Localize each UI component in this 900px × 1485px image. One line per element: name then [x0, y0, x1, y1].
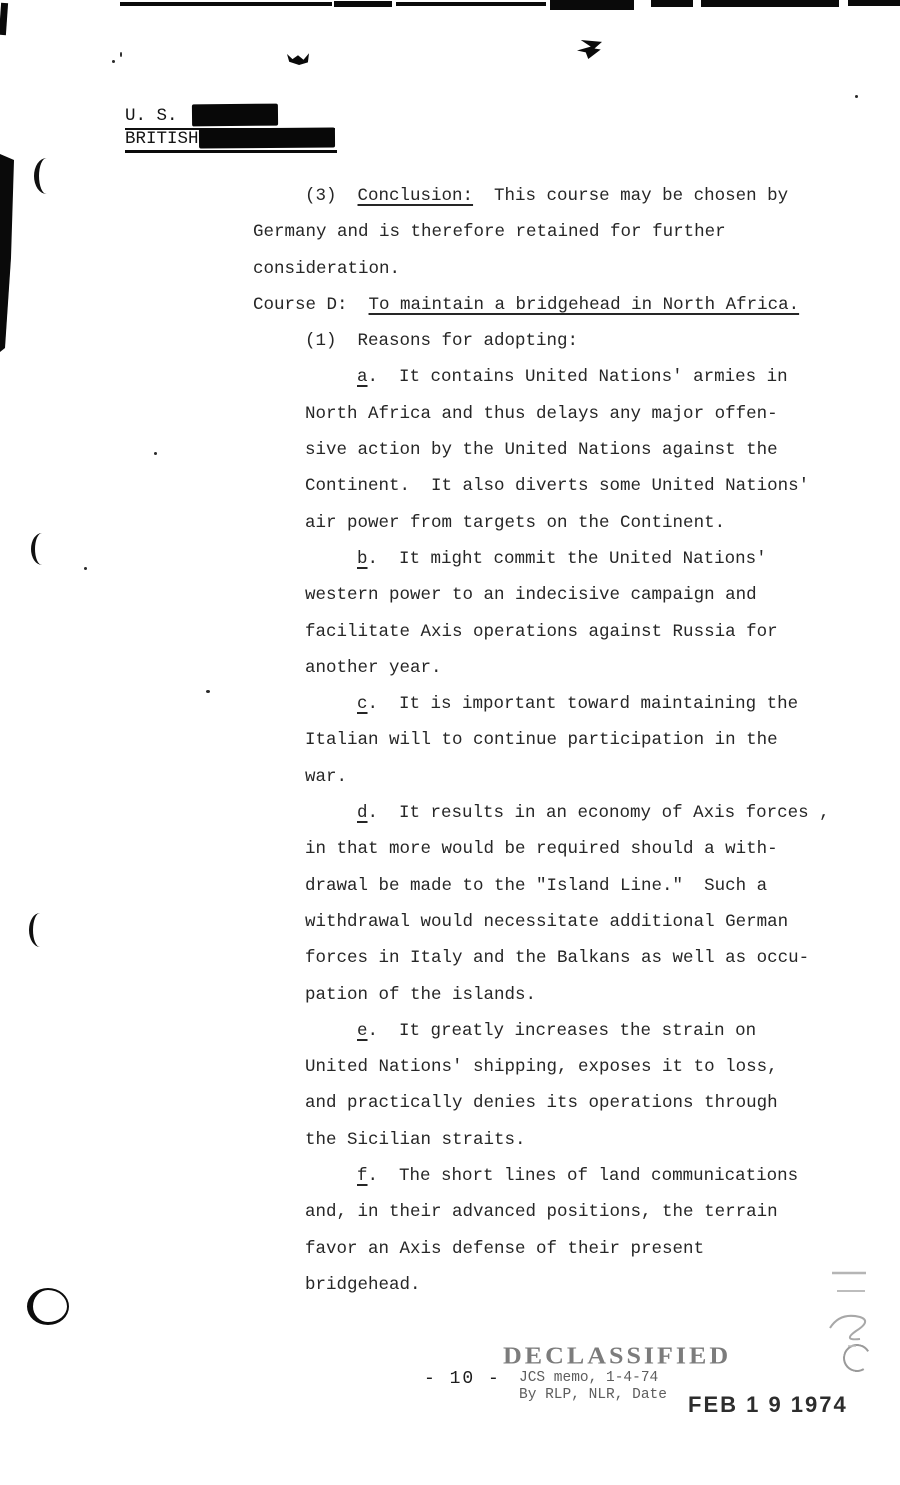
line-text: in that more would be required should a … [305, 839, 778, 859]
underlined-text: f [357, 1166, 368, 1186]
document-line: another year. [305, 650, 900, 686]
line-text: consideration. [253, 259, 400, 279]
line-text: war. [305, 767, 347, 787]
underlined-text: To maintain a bridgehead in North Africa… [369, 295, 800, 315]
document-line: a. It contains United Nations' armies in [357, 359, 900, 395]
document-line: air power from targets on the Continent. [305, 505, 900, 541]
document-line: sive action by the United Nations agains… [305, 432, 900, 468]
line-text: (3) [305, 186, 358, 206]
scan-speck [112, 60, 115, 63]
redaction-block [192, 104, 278, 127]
line-text: Course D: [253, 295, 369, 315]
document-line: Course D: To maintain a bridgehead in No… [253, 287, 900, 323]
underlined-text: d [357, 803, 368, 823]
stamp-memo-line: JCS memo, 1-4-74 [519, 1370, 731, 1387]
line-text: . It might commit the United Nations' [368, 549, 767, 569]
document-line: f. The short lines of land communication… [357, 1158, 900, 1194]
line-text: and practically denies its operations th… [305, 1093, 778, 1113]
document-line: western power to an indecisive campaign … [305, 577, 900, 613]
underlined-text: a [357, 367, 368, 387]
line-text: (1) Reasons for adopting: [305, 331, 578, 351]
scan-artifact-blob [287, 52, 309, 65]
line-text: Italian will to continue participation i… [305, 730, 778, 750]
scan-artifact-top-edge [120, 2, 332, 6]
document-line: and, in their advanced positions, the te… [305, 1194, 900, 1230]
scan-artifact-blob [577, 40, 602, 59]
classification-british-label: BRITISH [125, 129, 199, 149]
underlined-text: b [357, 549, 368, 569]
document-line: United Nations' shipping, exposes it to … [305, 1049, 900, 1085]
line-text: . It greatly increases the strain on [368, 1021, 757, 1041]
line-text: air power from targets on the Continent. [305, 513, 725, 533]
document-body: (3) Conclusion: This course may be chose… [0, 178, 900, 1303]
line-text: favor an Axis defense of their present [305, 1239, 704, 1259]
document-line: facilitate Axis operations against Russi… [305, 614, 900, 650]
scan-speck [120, 52, 122, 57]
document-line: drawal be made to the "Island Line." Suc… [305, 868, 900, 904]
document-line: pation of the islands. [305, 977, 900, 1013]
document-line: and practically denies its operations th… [305, 1085, 900, 1121]
document-line: favor an Axis defense of their present [305, 1231, 900, 1267]
document-line: bridgehead. [305, 1267, 900, 1303]
underlined-text: Conclusion: [358, 186, 474, 206]
line-text: . It contains United Nations' armies in [368, 367, 788, 387]
document-line: (1) Reasons for adopting: [305, 323, 900, 359]
document-line: c. It is important toward maintaining th… [357, 686, 900, 722]
line-text: pation of the islands. [305, 985, 536, 1005]
document-line: withdrawal would necessitate additional … [305, 904, 900, 940]
stamp-date: FEB 1 9 1974 [688, 1392, 828, 1418]
document-line: consideration. [253, 251, 900, 287]
scan-speck [855, 95, 858, 98]
classification-us-label: U. S. [125, 106, 178, 126]
scan-artifact-top-edge [550, 0, 634, 10]
line-text: bridgehead. [305, 1275, 421, 1295]
line-text: western power to an indecisive campaign … [305, 585, 757, 605]
line-text: . It results in an economy of Axis force… [368, 803, 830, 823]
line-text: . It is important toward maintaining the [368, 694, 799, 714]
line-text: United Nations' shipping, exposes it to … [305, 1057, 778, 1077]
document-line: e. It greatly increases the strain on [357, 1013, 900, 1049]
line-text: and, in their advanced positions, the te… [305, 1202, 778, 1222]
declassification-stamp: DECLASSIFIED JCS memo, 1-4-74 By RLP, NL… [503, 1342, 731, 1404]
document-line: d. It results in an economy of Axis forc… [357, 795, 900, 831]
line-text: Germany and is therefore retained for fu… [253, 222, 726, 242]
line-text: the Sicilian straits. [305, 1130, 526, 1150]
redaction-block [199, 128, 335, 149]
line-text: This course may be chosen by [473, 186, 788, 206]
document-line: the Sicilian straits. [305, 1122, 900, 1158]
line-text: forces in Italy and the Balkans as well … [305, 948, 809, 968]
line-text: another year. [305, 658, 442, 678]
document-line: Italian will to continue participation i… [305, 722, 900, 758]
line-text: withdrawal would necessitate additional … [305, 912, 788, 932]
line-text: North Africa and thus delays any major o… [305, 404, 778, 424]
document-line: b. It might commit the United Nations' [357, 541, 900, 577]
scan-artifact-top-edge [334, 1, 392, 7]
scan-artifact-top-edge [701, 0, 839, 7]
document-line: war. [305, 759, 900, 795]
line-text: drawal be made to the "Island Line." Suc… [305, 876, 767, 896]
stamp-declassified-text: DECLASSIFIED [503, 1343, 731, 1370]
page-number: - 10 - [424, 1368, 501, 1390]
document-line: in that more would be required should a … [305, 831, 900, 867]
line-text: . The short lines of land communications [368, 1166, 799, 1186]
document-line: forces in Italy and the Balkans as well … [305, 940, 900, 976]
scan-artifact-top-edge [396, 2, 546, 6]
line-text: Continent. It also diverts some United N… [305, 476, 809, 496]
document-line: Germany and is therefore retained for fu… [253, 214, 900, 250]
document-line: Continent. It also diverts some United N… [305, 468, 900, 504]
scan-artifact-top-edge [651, 0, 693, 7]
line-text: sive action by the United Nations agains… [305, 440, 778, 460]
document-line: (3) Conclusion: This course may be chose… [305, 178, 900, 214]
document-line: North Africa and thus delays any major o… [305, 396, 900, 432]
underlined-text: e [357, 1021, 368, 1041]
scan-artifact-left-corner [0, 3, 8, 35]
scan-artifact-top-edge [848, 0, 900, 6]
underlined-text: c [357, 694, 368, 714]
scanned-document-page: U. S. BRITISH (3) Conclusion: This cours… [0, 0, 900, 1485]
line-text: facilitate Axis operations against Russi… [305, 622, 778, 642]
